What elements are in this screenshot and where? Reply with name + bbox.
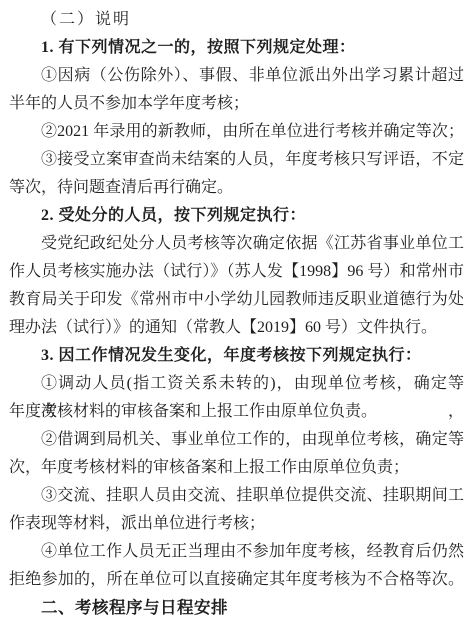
clause-2-body-line: 教育局关于印发《常州市中小学幼儿园教师违反职业道德行为处 <box>9 286 464 314</box>
clause-2-body-line: 受党纪政纪处分人员考核等次确定依据《江苏省事业单位工 <box>9 230 464 258</box>
clause-2-body-line: 理办法（试行）》的通知（常教人【2019】60 号）文件执行。 <box>9 314 464 342</box>
clause-1-item-1-line: ①因病（公伤除外）、事假、非单位派出外出学习累计超过 <box>9 62 464 90</box>
clause-3-item-3-line: 作表现等材料，派出单位进行考核； <box>9 510 464 538</box>
clause-1-heading: 1. 有下列情况之一的，按照下列规定处理： <box>9 34 464 62</box>
clause-2-body-line: 作人员考核实施办法（试行）》（苏人发【1998】96 号）和常州市 <box>9 258 464 286</box>
clause-1-item-2-line: ②2021 年录用的新教师，由所在单位进行考核并确定等次； <box>9 118 464 146</box>
clause-3-item-4-line: 拒绝参加的，所在单位可以直接确定其年度考核为不合格等次。 <box>9 566 464 594</box>
subsection-title: （二）说明 <box>9 6 464 34</box>
clause-3-heading: 3. 因工作情况发生变化，年度考核按下列规定执行： <box>9 342 464 370</box>
clause-3-item-2-line: ②借调到局机关、事业单位工作的，由现单位考核，确定等 <box>9 426 464 454</box>
clause-2-heading: 2. 受处分的人员，按下列规定执行： <box>9 202 464 230</box>
clause-3-item-2-line: 次，年度考核材料的审核备案和上报工作由原单位负责； <box>9 454 464 482</box>
clause-1-item-3-line: ③接受立案审查尚未结案的人员，年度考核只写评语，不定 <box>9 146 464 174</box>
clause-3-item-1-line: ①调动人员(指工资关系未转的)，由现单位考核，确定等次， <box>9 370 464 398</box>
clause-3-item-3-line: ③交流、挂职人员由交流、挂职单位提供交流、挂职期间工 <box>9 482 464 510</box>
section-2-heading: 二、考核程序与日程安排 <box>9 594 464 621</box>
document-page: （二）说明 1. 有下列情况之一的，按照下列规定处理： ①因病（公伤除外）、事假… <box>0 0 472 621</box>
clause-1-item-3-line: 等次，待问题查清后再行确定。 <box>9 174 464 202</box>
clause-1-item-1-line: 半年的人员不参加本学年度考核； <box>9 90 464 118</box>
clause-3-item-4-line: ④单位工作人员无正当理由不参加年度考核，经教育后仍然 <box>9 538 464 566</box>
